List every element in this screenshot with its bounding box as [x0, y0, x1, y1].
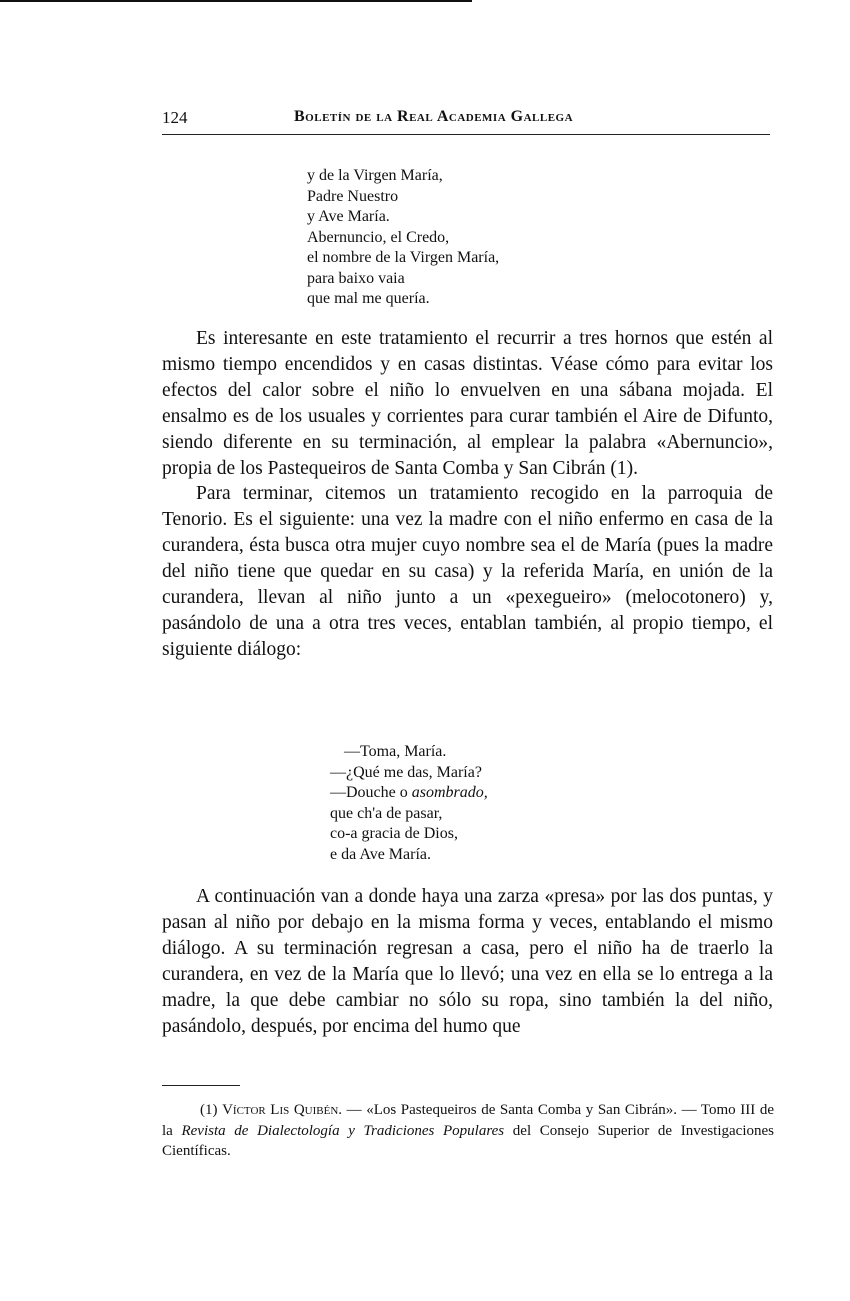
verse-line: y Ave María.: [307, 207, 499, 228]
verse-block-1: y de la Virgen María, Padre Nuestro y Av…: [307, 166, 499, 310]
verse-line: —Toma, María.: [330, 742, 488, 763]
paragraph: A continuación van a donde haya una zarz…: [162, 884, 773, 1039]
verse-italic: asombrado,: [412, 784, 488, 801]
header-rule: [162, 134, 770, 135]
verse-line: para baixo vaia: [307, 269, 499, 290]
page-header: 124 Boletín de la Real Academia Gallega: [162, 108, 770, 130]
verse-line: que ch'a de pasar,: [330, 804, 488, 825]
verse-block-dialogue: —Toma, María. —¿Qué me das, María? —Douc…: [330, 742, 488, 865]
running-title: Boletín de la Real Academia Gallega: [294, 108, 573, 126]
verse-line: el nombre de la Virgen María,: [307, 248, 499, 269]
verse-line: y de la Virgen María,: [307, 166, 499, 187]
footnote: (1) Víctor Lis Quibén. — «Los Pastequeir…: [162, 1100, 774, 1162]
verse-line: Padre Nuestro: [307, 187, 499, 208]
footnote-journal: Revista de Dialectología y Tradiciones P…: [181, 1123, 504, 1139]
footnote-marker: (1): [200, 1102, 218, 1118]
verse-text: —Douche o: [330, 784, 412, 801]
body-text-1: Es interesante en este tratamiento el re…: [162, 326, 773, 663]
verse-line: co-a gracia de Dios,: [330, 824, 488, 845]
verse-line: e da Ave María.: [330, 845, 488, 866]
verse-line: —¿Qué me das, María?: [330, 763, 488, 784]
top-edge-rule: [0, 0, 472, 2]
verse-line: —Douche o asombrado,: [330, 783, 488, 804]
body-text-2: A continuación van a donde haya una zarz…: [162, 884, 773, 1039]
footnote-rule: [162, 1085, 240, 1086]
verse-line: que mal me quería.: [307, 289, 499, 310]
paragraph: Para terminar, citemos un tratamiento re…: [162, 481, 773, 662]
page-number: 124: [162, 108, 188, 128]
paragraph: Es interesante en este tratamiento el re…: [162, 326, 773, 481]
footnote-author: Víctor Lis Quibén.: [222, 1102, 342, 1118]
verse-line: Abernuncio, el Credo,: [307, 228, 499, 249]
